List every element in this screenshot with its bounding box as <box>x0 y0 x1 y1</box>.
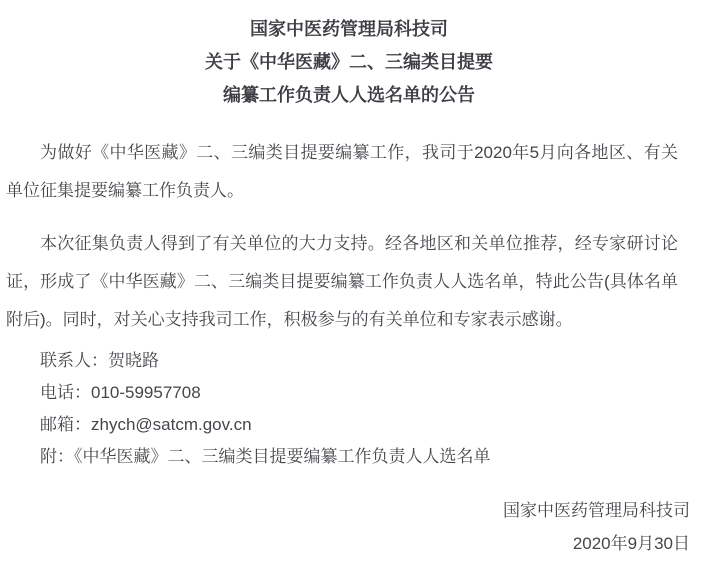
contact-info-block: 联系人：贺晓路 电话：010-59957708 邮箱：zhych@satcm.g… <box>6 345 678 473</box>
contact-person-line: 联系人：贺晓路 <box>6 345 678 377</box>
phone-value: 010-59957708 <box>91 383 201 402</box>
announcement-title: 国家中医药管理局科技司 关于《中华医藏》二、三编类目提要 编纂工作负责人人选名单… <box>20 13 678 112</box>
signature-organization: 国家中医药管理局科技司 <box>6 494 690 527</box>
signature-date: 2020年9月30日 <box>6 527 690 560</box>
title-line-2: 关于《中华医藏》二、三编类目提要 <box>20 46 678 79</box>
paragraph-announcement: 本次征集负责人得到了有关单位的大力支持。经各地区和关单位推荐，经专家研讨论证，形… <box>6 225 678 339</box>
contact-person-label: 联系人： <box>40 351 108 370</box>
title-line-1: 国家中医药管理局科技司 <box>20 13 678 46</box>
email-line: 邮箱：zhych@satcm.gov.cn <box>6 409 678 441</box>
paragraph-intro: 为做好《中华医藏》二、三编类目提要编纂工作，我司于2020年5月向各地区、有关单… <box>6 134 678 210</box>
attachment-line: 附：《中华医藏》二、三编类目提要编纂工作负责人人选名单 <box>6 441 678 473</box>
phone-label: 电话： <box>40 383 91 402</box>
attachment-label: 附： <box>40 447 74 466</box>
announcement-document-page: 国家中医药管理局科技司 关于《中华医藏》二、三编类目提要 编纂工作负责人人选名单… <box>0 0 703 566</box>
signature-block: 国家中医药管理局科技司 2020年9月30日 <box>6 494 690 560</box>
title-line-3: 编纂工作负责人人选名单的公告 <box>20 79 678 112</box>
email-label: 邮箱： <box>40 415 91 434</box>
phone-line: 电话：010-59957708 <box>6 377 678 409</box>
contact-person-value: 贺晓路 <box>108 351 159 370</box>
attachment-value: 《中华医藏》二、三编类目提要编纂工作负责人人选名单 <box>74 447 491 466</box>
email-value: zhych@satcm.gov.cn <box>91 415 252 434</box>
